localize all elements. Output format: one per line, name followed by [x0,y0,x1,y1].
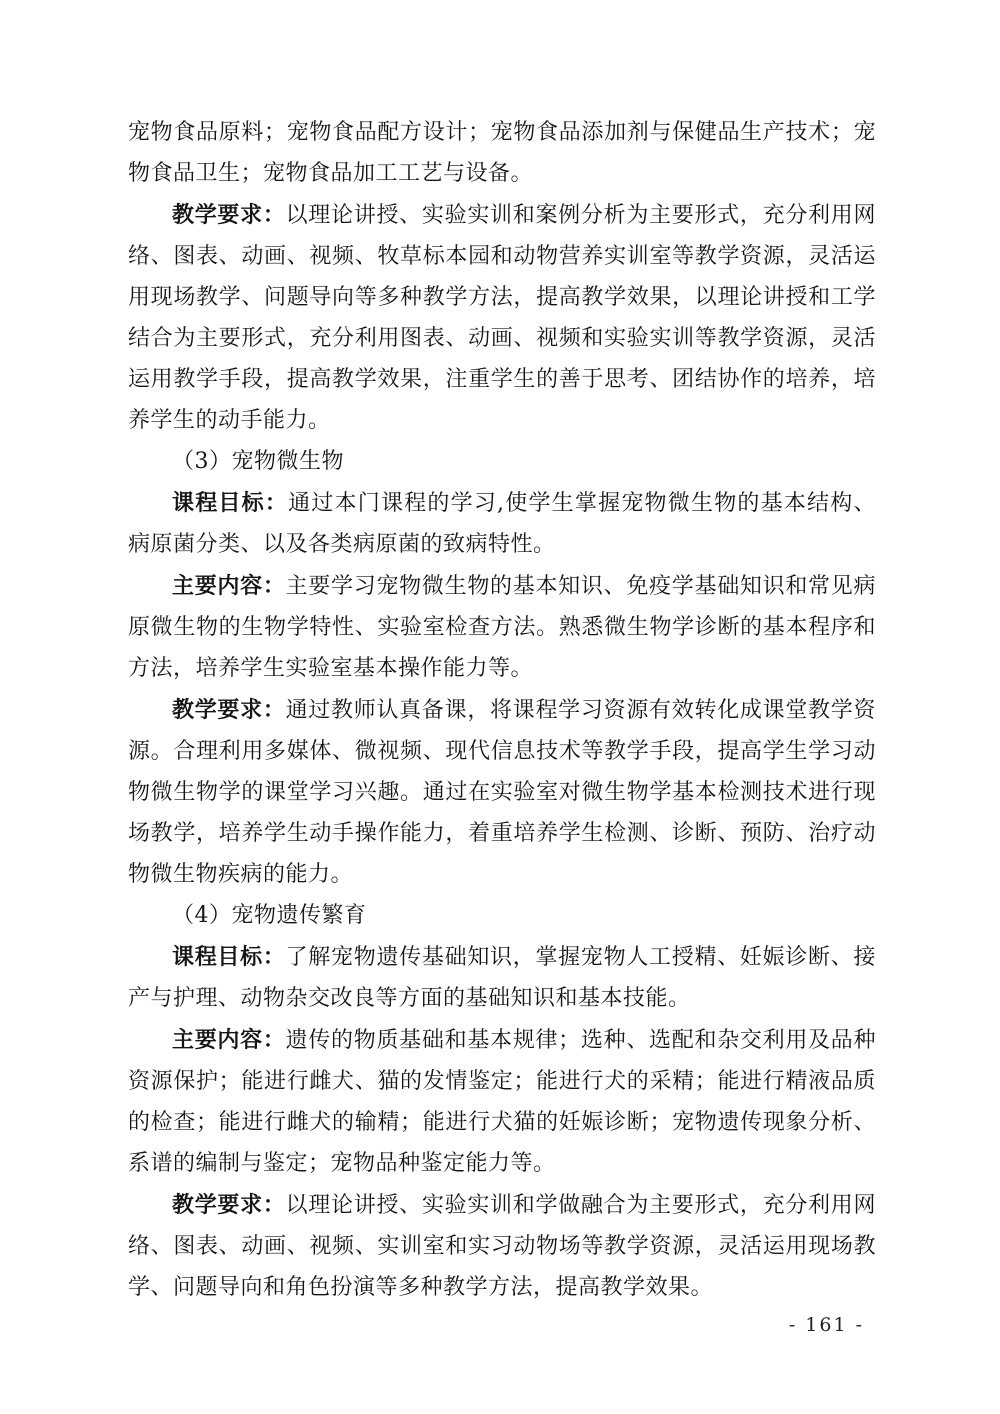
paragraph-label: 教学要求： [172,1192,286,1217]
paragraph-teaching-requirements-1: 教学要求：以理论讲授、实验实训和案例分析为主要形式，充分利用网络、图表、动画、视… [128,194,876,441]
paragraph-label: 课程目标： [172,490,288,515]
paragraph-label: 主要内容： [172,573,286,598]
paragraph-course-goal-3: 课程目标：通过本门课程的学习,使学生掌握宠物微生物的基本结构、病原菌分类、以及各… [128,482,876,565]
page-number: - 161 - [789,1314,864,1336]
paragraph-label: 教学要求： [172,697,286,722]
paragraph-continuation: 宠物食品原料；宠物食品配方设计；宠物食品添加剂与保健品生产技术；宠物食品卫生；宠… [128,112,876,194]
heading-text: （4）宠物遗传繁育 [172,903,367,928]
section-heading-3: （3）宠物微生物 [128,441,876,482]
paragraph-label: 主要内容： [172,1027,286,1052]
heading-text: （3）宠物微生物 [172,449,344,474]
paragraph-teaching-requirements-4: 教学要求：以理论讲授、实验实训和学做融合为主要形式，充分利用网络、图表、动画、视… [128,1184,876,1308]
paragraph-course-goal-4: 课程目标：了解宠物遗传基础知识，掌握宠物人工授精、妊娠诊断、接产与护理、动物杂交… [128,936,876,1019]
text-content: 宠物食品原料；宠物食品配方设计；宠物食品添加剂与保健品生产技术；宠物食品卫生；宠… [128,112,876,1308]
paragraph-label: 教学要求： [172,202,286,227]
paragraph-teaching-requirements-3: 教学要求：通过教师认真备课，将课程学习资源有效转化成课堂教学资源。合理利用多媒体… [128,689,876,895]
paragraph-text: 以理论讲授、实验实训和案例分析为主要形式，充分利用网络、图表、动画、视频、牧草标… [128,203,876,433]
paragraph-label: 课程目标： [172,944,286,969]
document-page: 宠物食品原料；宠物食品配方设计；宠物食品添加剂与保健品生产技术；宠物食品卫生；宠… [0,0,1000,1414]
paragraph-main-content-3: 主要内容：主要学习宠物微生物的基本知识、免疫学基础知识和常见病原微生物的生物学特… [128,565,876,689]
paragraph-text: 通过教师认真备课，将课程学习资源有效转化成课堂教学资源。合理利用多媒体、微视频、… [128,698,876,887]
section-heading-4: （4）宠物遗传繁育 [128,895,876,936]
paragraph-text: 宠物食品原料；宠物食品配方设计；宠物食品添加剂与保健品生产技术；宠物食品卫生；宠… [128,120,876,186]
paragraph-main-content-4: 主要内容：遗传的物质基础和基本规律；选种、选配和杂交利用及品种资源保护；能进行雌… [128,1019,876,1184]
